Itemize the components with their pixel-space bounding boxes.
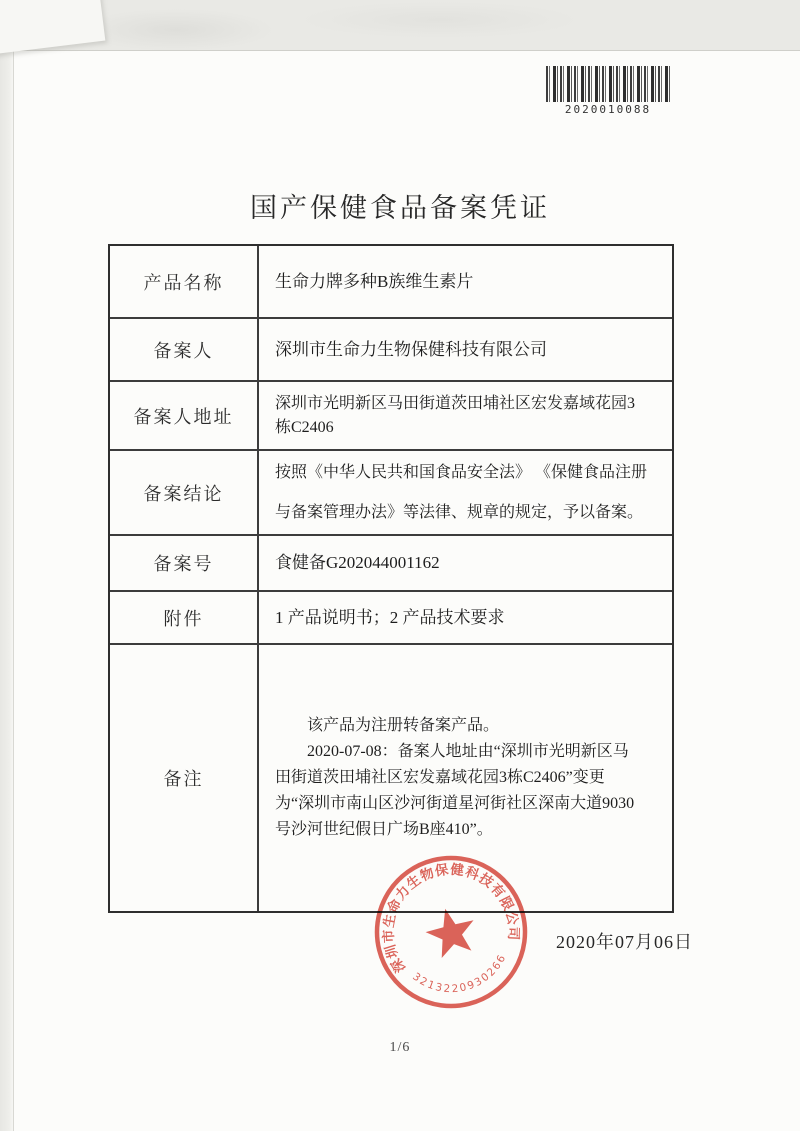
row-label: 备案人 bbox=[110, 319, 259, 380]
row-label: 备案结论 bbox=[110, 451, 259, 534]
row-label: 备案人地址 bbox=[110, 382, 259, 449]
row-label: 产品名称 bbox=[110, 246, 259, 317]
barcode-number: 2020010088 bbox=[545, 103, 671, 116]
seal-star-icon bbox=[421, 903, 480, 961]
scanned-certificate-page: 2020010088 国产保健食品备案凭证 产品名称 生命力牌多种B族维生素片 … bbox=[0, 0, 800, 1131]
row-label: 备注 bbox=[110, 645, 259, 911]
table-row-registrant-address: 备案人地址 深圳市光明新区马田街道茨田埔社区宏发嘉域花园3 栋C2406 bbox=[110, 380, 672, 449]
row-value: 1 产品说明书；2 产品技术要求 bbox=[259, 592, 672, 643]
table-row-conclusion: 备案结论 按照《中华人民共和国食品安全法》 《保健食品注册 与备案管理办法》等法… bbox=[110, 449, 672, 534]
paper: 2020010088 国产保健食品备案凭证 产品名称 生命力牌多种B族维生素片 … bbox=[0, 0, 800, 1131]
certificate-table: 产品名称 生命力牌多种B族维生素片 备案人 深圳市生命力生物保健科技有限公司 备… bbox=[108, 244, 674, 913]
page-number: 1/6 bbox=[0, 1040, 800, 1056]
seal-number-text: 3213220930266 bbox=[408, 948, 515, 1005]
row-value: 食健备G202044001162 bbox=[259, 536, 672, 590]
table-row-product-name: 产品名称 生命力牌多种B族维生素片 bbox=[110, 246, 672, 317]
row-value: 生命力牌多种B族维生素片 bbox=[259, 246, 672, 317]
row-value: 深圳市生命力生物保健科技有限公司 bbox=[259, 319, 672, 380]
table-row-attachments: 附件 1 产品说明书；2 产品技术要求 bbox=[110, 590, 672, 643]
barcode-bars-icon bbox=[546, 66, 670, 102]
barcode: 2020010088 bbox=[545, 66, 671, 116]
svg-text:3213220930266: 3213220930266 bbox=[408, 948, 515, 1005]
row-value: 按照《中华人民共和国食品安全法》 《保健食品注册 与备案管理办法》等法律、规章的… bbox=[259, 451, 672, 534]
row-label: 备案号 bbox=[110, 536, 259, 590]
document-title: 国产保健食品备案凭证 bbox=[0, 186, 800, 225]
table-row-record-number: 备案号 食健备G202044001162 bbox=[110, 534, 672, 590]
row-label: 附件 bbox=[110, 592, 259, 643]
table-row-registrant: 备案人 深圳市生命力生物保健科技有限公司 bbox=[110, 317, 672, 380]
issue-date: 2020年07月06日 bbox=[556, 928, 693, 954]
row-value: 深圳市光明新区马田街道茨田埔社区宏发嘉域花园3 栋C2406 bbox=[259, 382, 672, 449]
